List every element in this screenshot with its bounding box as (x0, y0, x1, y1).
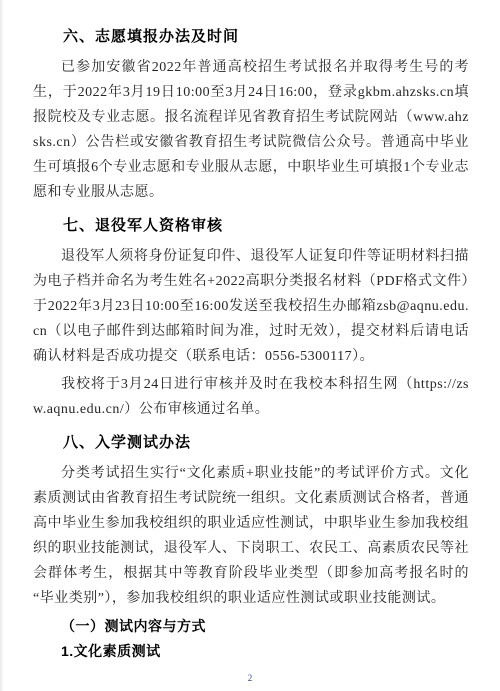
paragraph-veteran-result: 我校将于3月24日进行审核并及时在我校本科招生网（https://zsw.aqn… (33, 372, 469, 422)
section-heading-entrance-test: 八、入学测试办法 (33, 432, 469, 454)
paragraph-entrance-test: 分类考试招生实行“文化素质+职业技能”的考试评价方式。文化素质测试由省教育招生考… (33, 461, 469, 611)
page-number: 2 (0, 673, 500, 683)
subheading-test-content-method: （一）测试内容与方式 (33, 614, 469, 639)
scan-edge-shadow (0, 0, 4, 691)
paragraph-veteran-materials: 退役军人须将身份证复印件、退役军人证复印件等证明材料扫描为电子档并命名为考生姓名… (33, 244, 469, 369)
section-heading-veteran-review: 七、退役军人资格审核 (33, 215, 469, 237)
paragraph-application: 已参加安徽省2022年普通高校招生考试报名并取得考生号的考生，于2022年3月1… (33, 55, 469, 205)
document-page: 六、志愿填报办法及时间 已参加安徽省2022年普通高校招生考试报名并取得考生号的… (0, 0, 500, 691)
subheading-cultural-quality-test: 1.文化素质测试 (33, 639, 469, 664)
section-heading-application: 六、志愿填报办法及时间 (33, 26, 469, 48)
